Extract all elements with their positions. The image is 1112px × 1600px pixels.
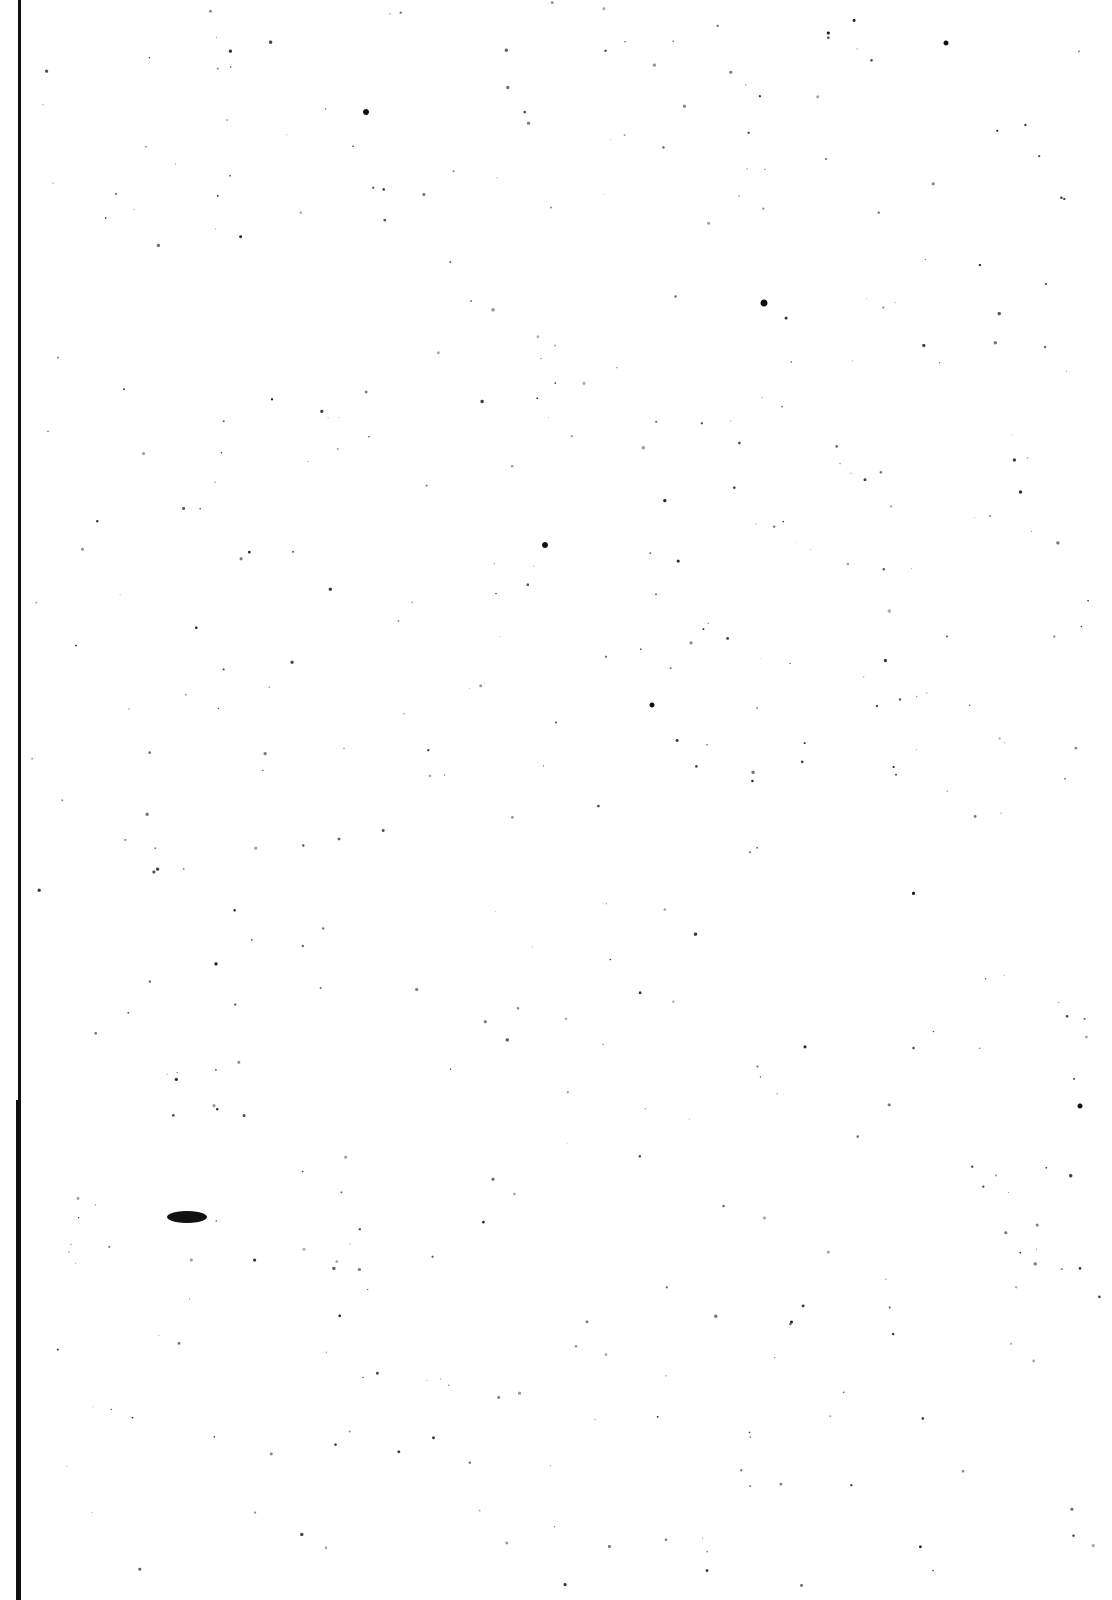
scanned-blank-page xyxy=(0,0,1112,1600)
scan-speckle-noise xyxy=(0,0,1112,1600)
